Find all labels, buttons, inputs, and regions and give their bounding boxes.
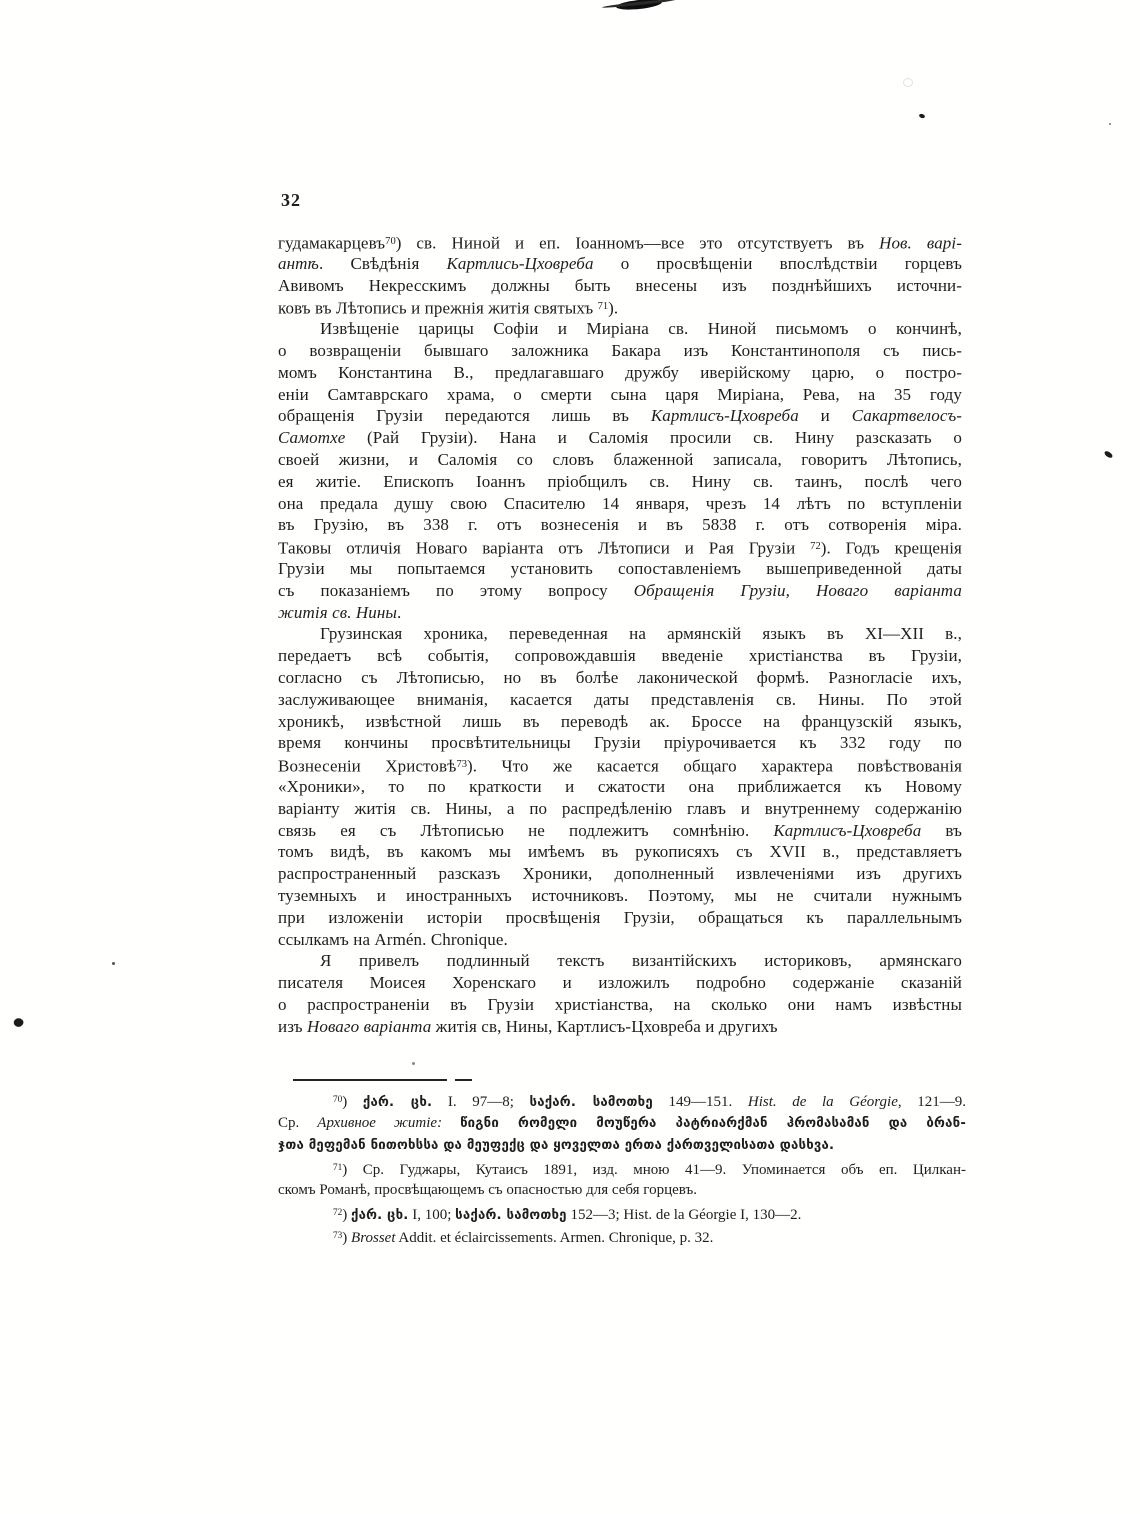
text-segment: въ Грузію, въ 338 г. отъ вознесенія и въ… — [278, 515, 962, 534]
text-segment: она предала душу свою Спасителю 14 январ… — [278, 494, 962, 513]
text-segment: ссылкамъ на Armén. Chronique. — [278, 930, 508, 949]
text-line: гудамакарцевъ70) св. Ниной и еп. Іоанном… — [278, 231, 962, 253]
text-line: ея житіе. Епископъ Іоаннъ пріобщилъ св. … — [278, 471, 962, 493]
text-line: распространенный разсказъ Хроники, допол… — [278, 863, 962, 885]
text-line: «Хроники», то по краткости и сжатости он… — [278, 776, 962, 798]
scan-speck — [903, 78, 913, 87]
text-segment: время кончины просвѣтительницы Грузіи пр… — [278, 733, 962, 752]
scan-speck — [412, 1062, 415, 1065]
text-segment: . — [397, 603, 401, 622]
scan-speck — [918, 113, 925, 119]
text-segment: Картлисъ-Цховреба — [773, 821, 921, 840]
text-line: своей жизни, и Саломія со словъ блаженно… — [278, 449, 962, 471]
text-segment: Обращенія Грузіи, Новаго варіанта — [634, 581, 962, 600]
text-line: туземныхъ и иностранныхъ источниковъ. По… — [278, 885, 962, 907]
text-segment: ) св. Ниной и еп. Іоанномъ—все это отсут… — [396, 234, 879, 253]
text-segment: Brosset — [351, 1230, 395, 1246]
footnote-ref: 73 — [456, 759, 467, 770]
text-line: Извѣщеніе царицы Софіи и Миріана св. Нин… — [278, 318, 962, 340]
text-segment: ея житіе. Епископъ Іоаннъ пріобщилъ св. … — [278, 472, 962, 491]
text-segment: передаетъ всѣ событія, сопровождавшія вв… — [278, 646, 962, 665]
text-line: варіанту житія св. Нины, а по распредѣле… — [278, 798, 962, 820]
text-segment: ) — [342, 1230, 351, 1246]
text-line: ჯთა მეფემან ნითოხსსა და მეუფექც და ყოველ… — [278, 1134, 966, 1157]
georgian-text: საქარ. სამოთხე — [455, 1208, 567, 1223]
text-line: 73) Brosset Addit. et éclaircissements. … — [278, 1225, 966, 1248]
text-line: при изложеніи исторіи просвѣщенія Грузіи… — [278, 907, 962, 929]
text-segment: «Хроники», то по краткости и сжатости он… — [278, 777, 962, 796]
ink-smudge-top — [616, 0, 663, 11]
text-segment: (Рай Грузіи). Нана и Саломія просили св.… — [345, 428, 962, 447]
text-segment: ). Годъ крещенія — [821, 539, 962, 558]
text-segment: томъ видѣ, въ какомъ мы имѣемъ въ рукопи… — [278, 842, 962, 861]
scan-speck — [1109, 123, 1111, 125]
text-segment: Грузинская хроника, переведенная на армя… — [320, 624, 962, 643]
text-segment: хроникѣ, извѣстной лишь въ переводѣ ак. … — [278, 712, 962, 731]
georgian-text: ქარ. ცხ. — [363, 1095, 432, 1110]
scan-speck — [112, 962, 115, 965]
text-segment: Я привелъ подлинный текстъ византійскихъ… — [320, 951, 962, 970]
text-line: скомъ Романѣ, просвѣщающемъ съ опасность… — [278, 1179, 966, 1202]
text-segment: антѣ — [278, 254, 319, 273]
text-line: время кончины просвѣтительницы Грузіи пр… — [278, 732, 962, 754]
text-line: момъ Константина В., предлагавшаго дружб… — [278, 362, 962, 384]
text-segment: Извѣщеніе царицы Софіи и Миріана св. Нин… — [320, 319, 962, 338]
text-segment: распространенный разсказъ Хроники, допол… — [278, 864, 962, 883]
text-line: согласно съ Лѣтописью, но въ болѣе лакон… — [278, 667, 962, 689]
text-segment: 149—151. — [653, 1094, 748, 1110]
scan-speck — [12, 1016, 25, 1029]
text-segment: Новаго варіанта — [307, 1017, 431, 1036]
text-segment: ). — [608, 299, 618, 318]
footnote-separator — [293, 1079, 447, 1081]
footnote-ref: 72 — [810, 541, 821, 552]
text-line: ссылкамъ на Armén. Chronique. — [278, 929, 962, 951]
georgian-text: ჯთა მეფემან ნითოხსსა და მეუფექც და ყოველ… — [278, 1138, 834, 1153]
georgian-text: წიგნი რომელი მოუწერა პატრიარქმან ჰრომასა… — [460, 1116, 966, 1131]
text-line: томъ видѣ, въ какомъ мы имѣемъ въ рукопи… — [278, 841, 962, 863]
footnotes: 70) ქარ. ცხ. I. 97—8; საქარ. სამოთხე 149… — [278, 1089, 966, 1247]
text-segment: съ показаніемъ по этому вопросу — [278, 581, 634, 600]
text-segment: туземныхъ и иностранныхъ источниковъ. По… — [278, 886, 962, 905]
text-segment: гудамакарцевъ — [278, 234, 385, 253]
text-line: о возвращеніи бывшаго заложника Бакара и… — [278, 340, 962, 362]
text-segment: о распространеніи въ Грузіи христіанства… — [278, 995, 962, 1014]
footnote-separator-dash — [455, 1079, 472, 1081]
text-segment: момъ Константина В., предлагавшаго дружб… — [278, 363, 962, 382]
text-line: Самотхе (Рай Грузіи). Нана и Саломія про… — [278, 427, 962, 449]
text-segment: при изложеніи исторіи просвѣщенія Грузіи… — [278, 908, 962, 927]
text-segment: Авивомъ Некресскимъ должны быть внесены … — [278, 276, 962, 295]
text-line: изъ Новаго варіанта житія св, Нины, Карт… — [278, 1016, 962, 1038]
text-line: Я привелъ подлинный текстъ византійскихъ… — [278, 950, 962, 972]
text-segment: ковъ въ Лѣтопись и прежнія житія святыхъ — [278, 299, 598, 318]
text-segment: ) — [342, 1207, 351, 1223]
text-segment: Картлись-Цховреба — [447, 254, 594, 273]
text-line: обращенія Грузіи передаются лишь въ Карт… — [278, 405, 962, 427]
text-segment: своей жизни, и Саломія со словъ блаженно… — [278, 450, 962, 469]
text-segment: житія св. Нины — [278, 603, 397, 622]
text-segment: Нов. варі- — [879, 234, 962, 253]
text-line: Авивомъ Некресскимъ должны быть внесены … — [278, 275, 962, 297]
footnote-ref: 70 — [333, 1095, 342, 1105]
footnote-ref: 71 — [598, 301, 609, 312]
text-segment: Сакартвелосъ- — [852, 406, 962, 425]
text-line: Вознесеніи Христовѣ73). Что же касается … — [278, 754, 962, 776]
text-segment: Таковы отличія Новаго варіанта отъ Лѣтоп… — [278, 539, 810, 558]
text-line: Ср. Архивное житіе: წიგნი რომელი მოუწერა… — [278, 1112, 966, 1135]
text-segment: о просвѣщеніи впослѣдствіи горцевъ — [594, 254, 962, 273]
text-segment — [442, 1115, 460, 1131]
body-text: гудамакарцевъ70) св. Ниной и еп. Іоанном… — [278, 231, 962, 1037]
page-number: 32 — [281, 190, 301, 211]
footnote-ref: 73 — [333, 1231, 342, 1241]
text-line: въ Грузію, въ 338 г. отъ вознесенія и въ… — [278, 514, 962, 536]
text-segment: заслуживающее вниманія, касается даты пр… — [278, 690, 962, 709]
georgian-text: საქარ. სამოთხე — [530, 1095, 653, 1110]
text-segment: Картлисъ-Цховреба — [651, 406, 799, 425]
text-segment: писателя Моисея Хоренскаго и изложилъ по… — [278, 973, 962, 992]
text-line: связь ея съ Лѣтописью не подлежитъ сомнѣ… — [278, 820, 962, 842]
text-segment: Вознесеніи Христовѣ — [278, 757, 456, 776]
text-segment: Архивное житіе: — [317, 1115, 442, 1131]
text-segment: ). Что же касается общаго характера повѣ… — [467, 757, 962, 776]
text-segment: Ср. — [278, 1115, 317, 1131]
text-line: хроникѣ, извѣстной лишь въ переводѣ ак. … — [278, 711, 962, 733]
text-line: ковъ въ Лѣтопись и прежнія житія святыхъ… — [278, 296, 962, 318]
text-line: о распространеніи въ Грузіи христіанства… — [278, 994, 962, 1016]
text-segment: и — [799, 406, 852, 425]
text-segment: Самотхе — [278, 428, 345, 447]
text-line: съ показаніемъ по этому вопросу Обращені… — [278, 580, 962, 602]
text-segment: Hist. de la Géorgie — [748, 1094, 898, 1110]
text-line: заслуживающее вниманія, касается даты пр… — [278, 689, 962, 711]
text-segment: скомъ Романѣ, просвѣщающемъ съ опасность… — [278, 1182, 697, 1198]
text-segment: . Свѣдѣнія — [319, 254, 447, 273]
text-segment: о возвращеніи бывшаго заложника Бакара и… — [278, 341, 962, 360]
scan-speck — [1103, 450, 1113, 459]
text-line: писателя Моисея Хоренскаго и изложилъ по… — [278, 972, 962, 994]
text-line: антѣ. Свѣдѣнія Картлись-Цховреба о просв… — [278, 253, 962, 275]
text-line: 71) Ср. Гуджары, Кутаисъ 1891, изд. мною… — [278, 1157, 966, 1180]
georgian-text: ქარ. ცხ. — [351, 1208, 408, 1223]
text-segment: ) — [342, 1094, 363, 1110]
text-segment: Addit. et éclaircissements. Armen. Chron… — [396, 1230, 714, 1246]
text-segment: обращенія Грузіи передаются лишь въ — [278, 406, 651, 425]
text-segment: ) Ср. Гуджары, Кутаисъ 1891, изд. мною 4… — [342, 1162, 966, 1178]
text-segment: житія св, Нины, Картлисъ-Цховреба и друг… — [431, 1017, 777, 1036]
text-line: житія св. Нины. — [278, 602, 962, 624]
text-line: она предала душу свою Спасителю 14 январ… — [278, 493, 962, 515]
text-line: 72) ქარ. ცხ. I, 100; საქარ. სამოთხე 152—… — [278, 1202, 966, 1225]
text-segment: связь ея съ Лѣтописью не подлежитъ сомнѣ… — [278, 821, 773, 840]
text-segment: изъ — [278, 1017, 307, 1036]
text-segment: 152—3; Hist. de la Géorgie I, 130—2. — [567, 1207, 802, 1223]
text-segment: согласно съ Лѣтописью, но въ болѣе лакон… — [278, 668, 962, 687]
text-line: 70) ქარ. ცხ. I. 97—8; საქარ. სამოთხე 149… — [278, 1089, 966, 1112]
text-segment: въ — [921, 821, 962, 840]
footnote-ref: 71 — [333, 1163, 342, 1173]
text-segment: I. 97—8; — [432, 1094, 529, 1110]
text-line: Грузіи мы попытаемся установить сопостав… — [278, 558, 962, 580]
text-segment: I, 100; — [409, 1207, 456, 1223]
text-segment: , 121—9. — [898, 1094, 966, 1110]
footnote-ref: 70 — [385, 236, 396, 247]
text-line: еніи Самтаврскаго храма, о смерти сына ц… — [278, 384, 962, 406]
text-line: Грузинская хроника, переведенная на армя… — [278, 623, 962, 645]
text-line: Таковы отличія Новаго варіанта отъ Лѣтоп… — [278, 536, 962, 558]
text-segment: Грузіи мы попытаемся установить сопостав… — [278, 559, 962, 578]
text-segment: еніи Самтаврскаго храма, о смерти сына ц… — [278, 385, 962, 404]
scanned-book-page: 32 гудамакарцевъ70) св. Ниной и еп. Іоан… — [0, 0, 1140, 1514]
footnote-ref: 72 — [333, 1208, 342, 1218]
text-line: передаетъ всѣ событія, сопровождавшія вв… — [278, 645, 962, 667]
text-segment: варіанту житія св. Нины, а по распредѣле… — [278, 799, 962, 818]
